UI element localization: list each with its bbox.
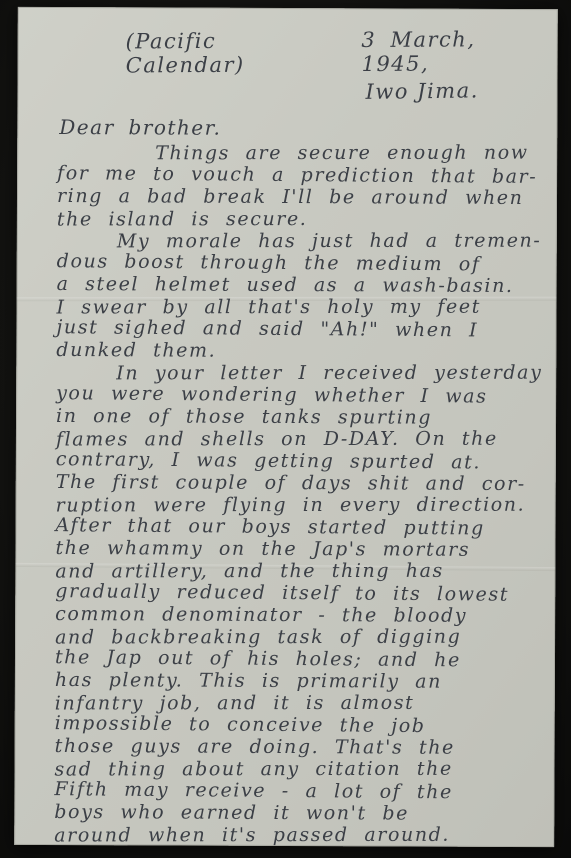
letter-body: Things are secure enough nowfor me to vo… <box>54 141 541 847</box>
letter-line: a steel helmet used as a wash-basin. <box>57 273 541 297</box>
letter-paragraph: In your letter I received yesterdayyou w… <box>54 361 540 847</box>
letter-line: those guys are doing. That's the <box>55 735 539 759</box>
letter-line: After that our boys started putting <box>55 514 539 540</box>
letter-paragraph: Things are secure enough nowfor me to vo… <box>57 141 541 231</box>
letter-line: My morale has just had a tremen- <box>57 230 541 253</box>
letter-line: you were wondering whether I was <box>56 382 540 408</box>
letter-line: flames and shells on D-DAY. On the <box>56 428 540 451</box>
letter-line: has plenty. This is primarily an <box>55 669 539 693</box>
letter-line: in one of those tanks spurting <box>56 405 540 429</box>
letter-line: ruption were flying in every direction. <box>56 494 540 517</box>
letter-page: (Pacific Calendar) 3 March, 1945, Iwo Ji… <box>14 7 558 847</box>
letter-line: In your letter I received yesterday <box>56 362 540 385</box>
letter-line: impossible to conceive the job <box>55 712 539 738</box>
letter-header: (Pacific Calendar) 3 March, 1945, <box>125 27 541 78</box>
letter-date: 3 March, 1945, <box>361 27 541 76</box>
letter-line: I swear by all that's holy my feet <box>57 296 541 319</box>
letter-place: Iwo Jima. <box>365 78 541 104</box>
letter-line: for me to vouch a prediction that bar- <box>57 162 541 188</box>
letter-annotation: (Pacific Calendar) <box>125 28 331 77</box>
letter-line: and artillery, and the thing has <box>55 560 539 583</box>
letter-paragraph: My morale has just had a tremen-dous boo… <box>56 229 541 363</box>
letter-line: Things are secure enough now <box>57 142 541 165</box>
letter-line: the whammy on the Jap's mortars <box>55 537 539 561</box>
letter-line: The first couple of days shit and cor- <box>56 471 540 495</box>
letter-line: just sighed and said "Ah!" when I <box>56 316 540 342</box>
letter-line: ring a bad break I'll be around when <box>57 185 541 209</box>
letter-line: around when it's passed around. <box>54 824 538 847</box>
letter-line: boys who earned it won't be <box>54 801 538 825</box>
letter-line: the island is secure. <box>57 208 541 231</box>
letter-salutation: Dear brother. <box>59 115 541 141</box>
letter-line: dunked them. <box>56 339 540 363</box>
letter-line: Fifth may receive - a lot of the <box>54 778 538 804</box>
letter-line: the Jap out of his holes; and he <box>55 646 539 672</box>
letter-line: common denominator - the bloody <box>55 603 539 627</box>
letter-line: sad thing about any citation the <box>54 758 538 781</box>
letter-line: gradually reduced itself to its lowest <box>55 580 539 606</box>
letter-line: infantry job, and it is almost <box>55 692 539 715</box>
letter-line: and backbreaking task of digging <box>55 626 539 649</box>
letter-line: contrary, I was getting spurted at. <box>56 448 540 474</box>
letter-line: dous boost through the medium of <box>57 250 541 276</box>
